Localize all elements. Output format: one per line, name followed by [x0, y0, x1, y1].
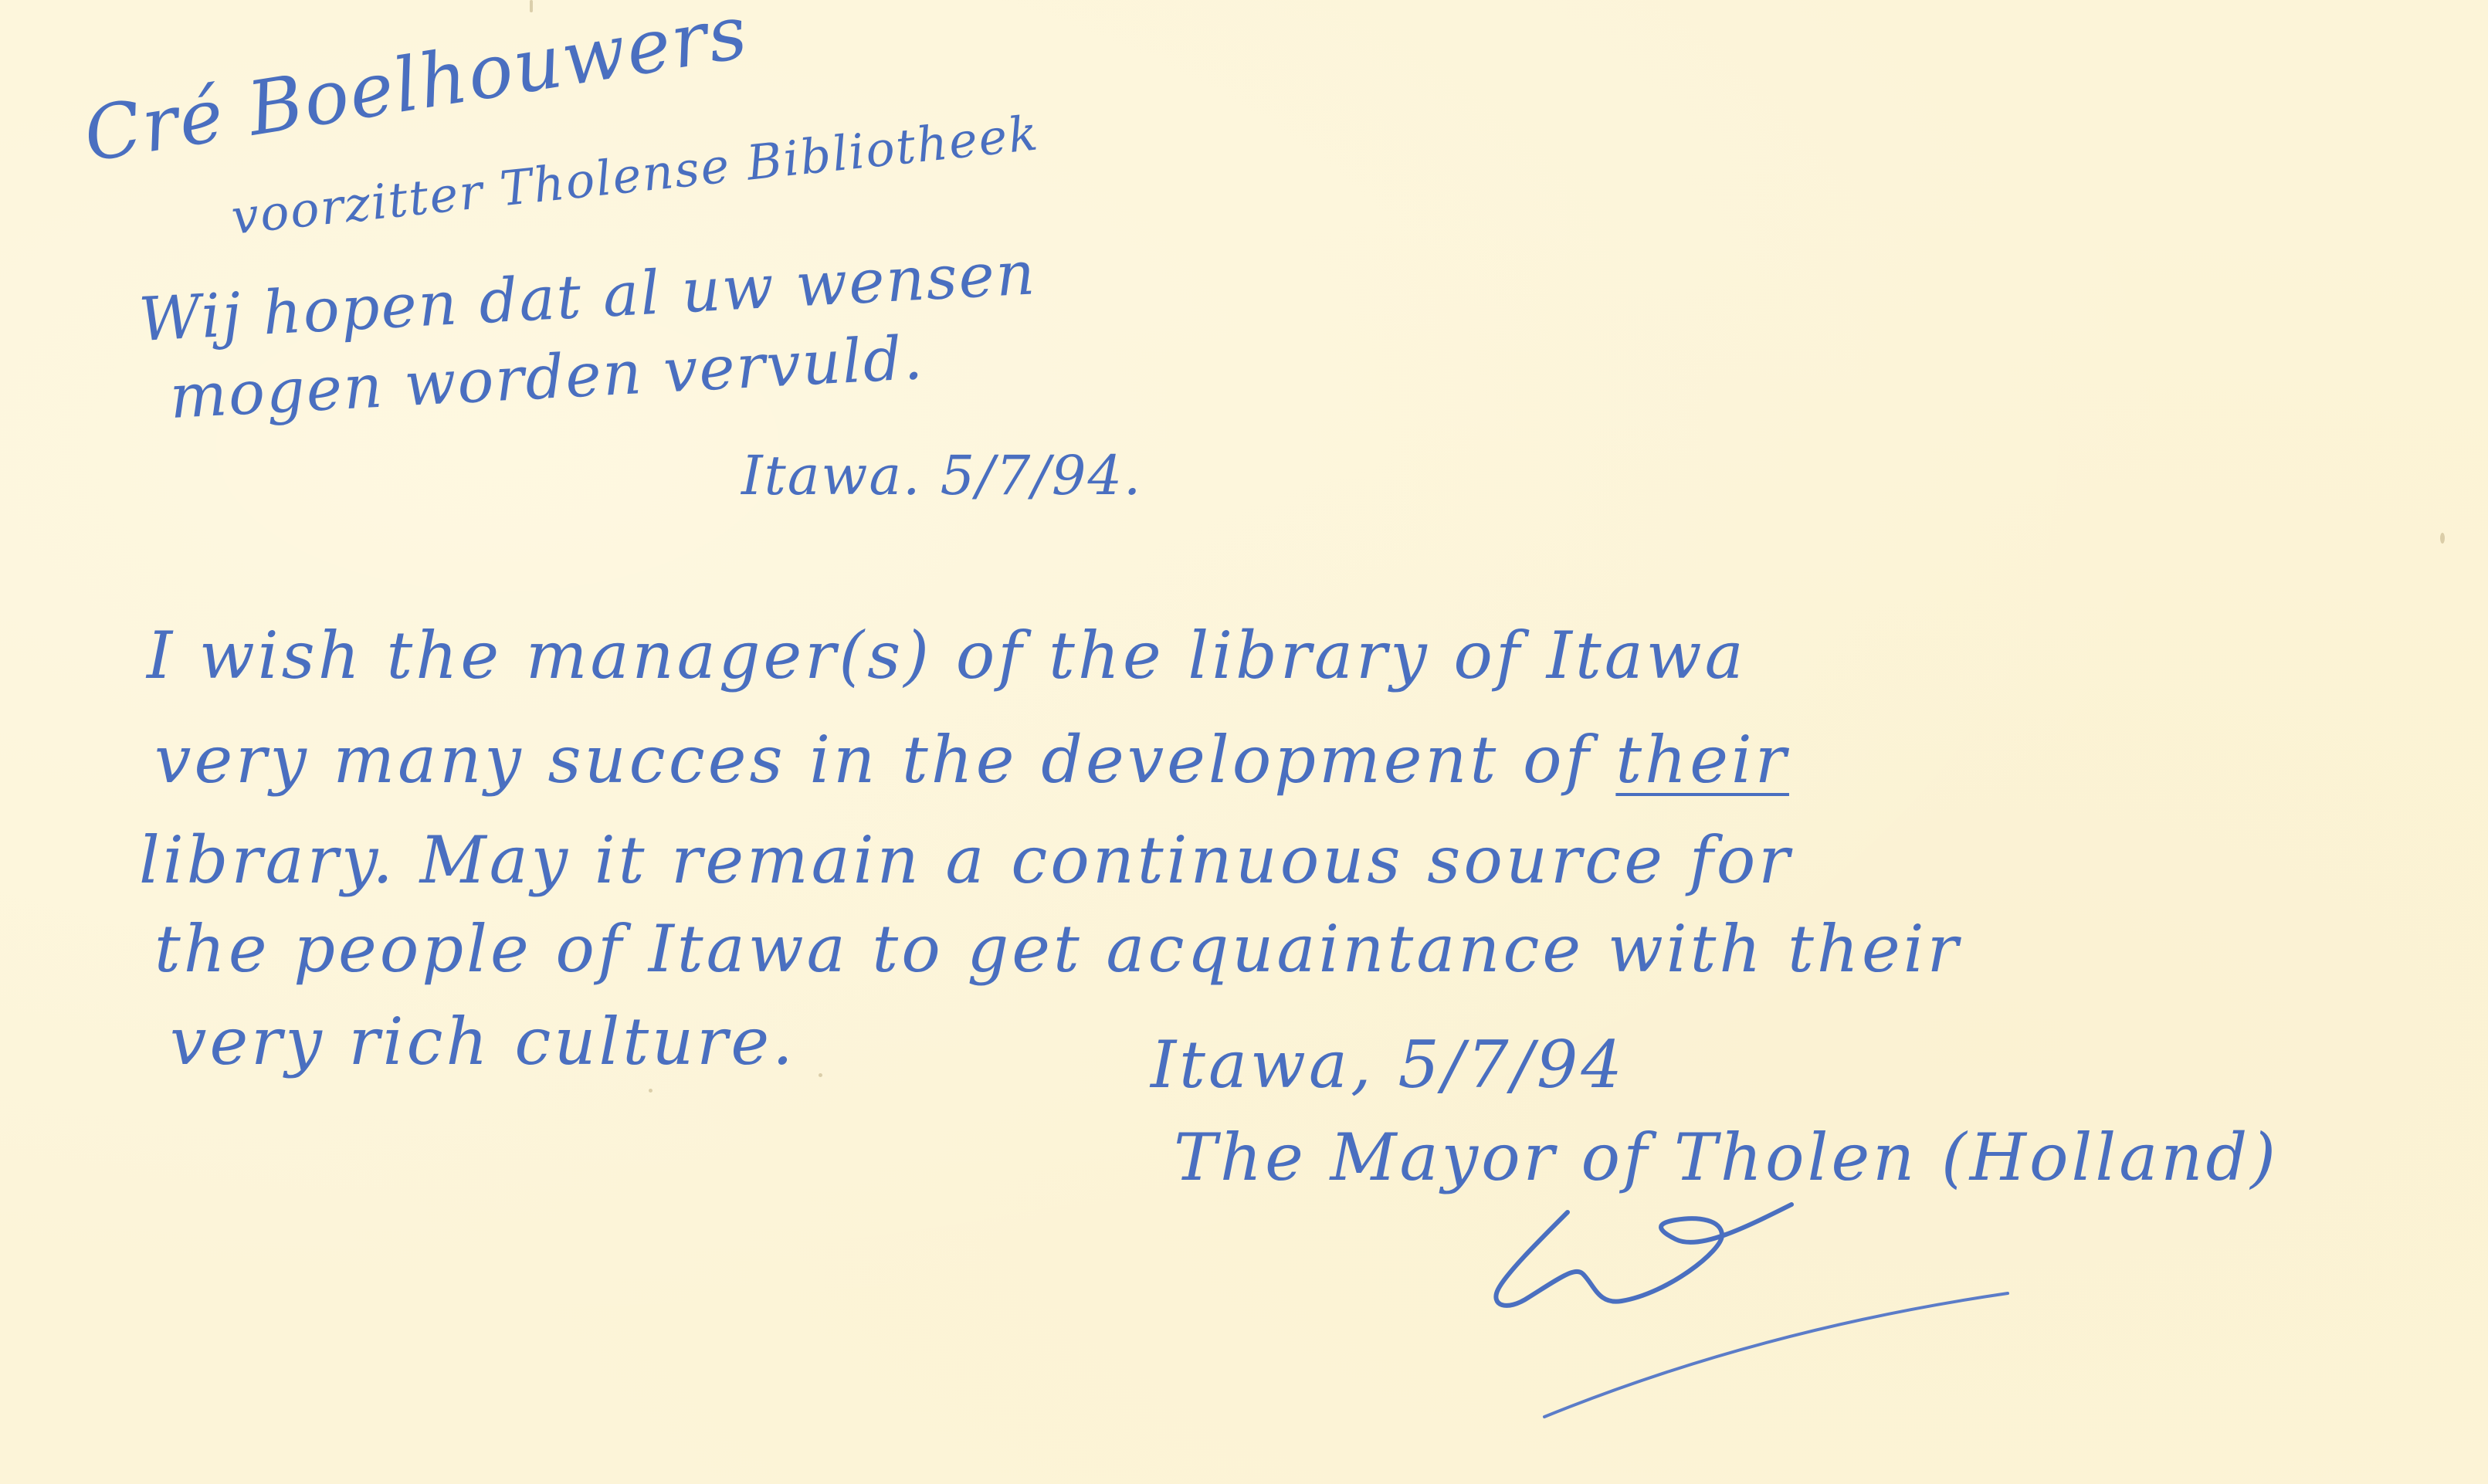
entry-1-place-date: Itawa. 5/7/94.	[741, 444, 1142, 507]
entry-2-message-line-4: the people of Itawa to get acquaintance …	[154, 911, 1961, 987]
entry-2-message-line-1: I wish the manager(s) of the library of …	[147, 618, 1747, 693]
entry-2-message-line-5: very rich culture.	[170, 1004, 796, 1079]
paper-mark	[2440, 533, 2445, 544]
paper-mark	[649, 1089, 653, 1093]
entry-2-message-line-3: library. May it remain a continuous sour…	[139, 822, 1792, 898]
paper-mark	[530, 0, 533, 12]
entry-2-line-2-text: very many succes in the development of	[154, 722, 1592, 798]
entry-2-place-date: Itawa, 5/7/94	[1151, 1027, 1625, 1103]
entry-2-signatory: The Mayor of Tholen (Holland)	[1174, 1120, 2279, 1195]
entry-2-message-line-2: very many succes in the development of t…	[154, 722, 1789, 798]
guestbook-page: Cré Boelhouwers voorzitter Tholense Bibl…	[0, 0, 2488, 1484]
signature-icon	[1467, 1197, 2085, 1428]
entry-2-underlined-word: their	[1615, 722, 1789, 798]
paper-mark	[819, 1073, 822, 1077]
